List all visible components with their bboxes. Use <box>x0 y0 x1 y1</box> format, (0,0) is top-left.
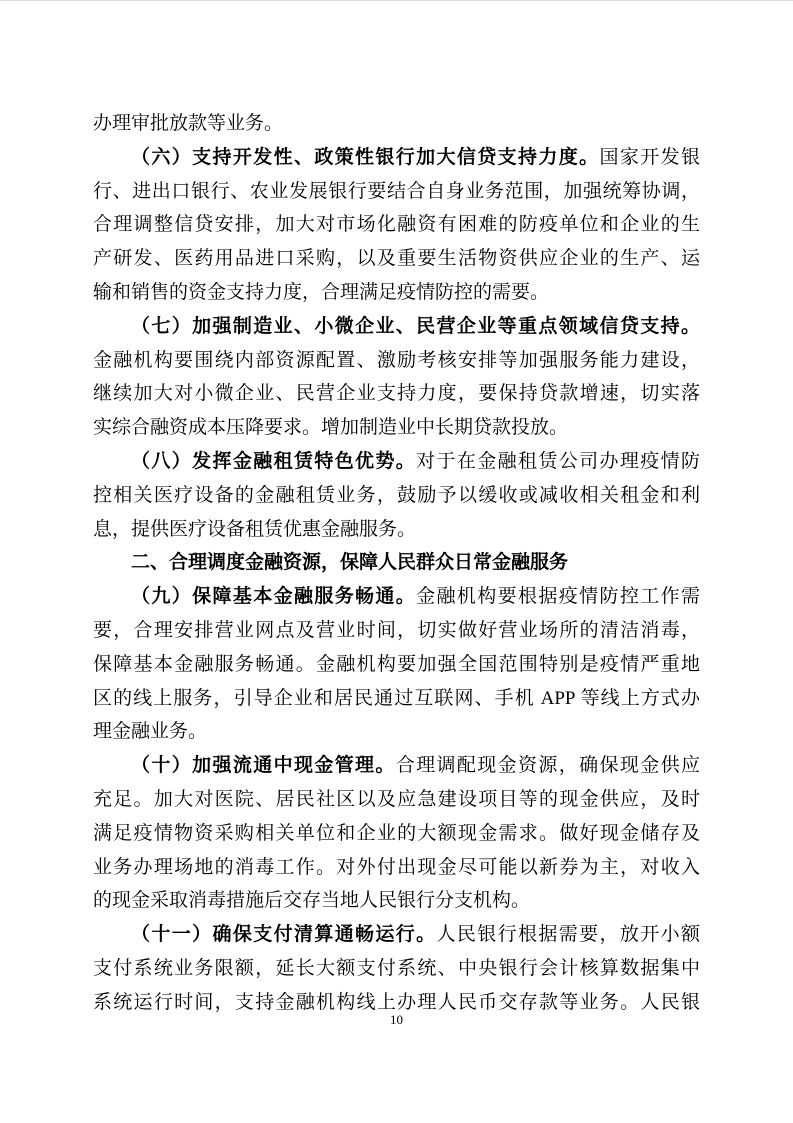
text-segment: 要，合理安排营业网点及营业时间，切实做好营业场所的清洁消毒， <box>93 620 700 641</box>
text-line: （十一）确保支付清算通畅运行。人民银行根据需要，放开小额 <box>93 918 700 952</box>
text-segment: 输和销售的资金支持力度，合理满足疫情防控的需要。 <box>93 282 549 303</box>
page-number: 10 <box>0 1009 793 1031</box>
document-page: 办理审批放款等业务。（六）支持开发性、政策性银行加大信贷支持力度。国家开发银行、… <box>0 0 793 1123</box>
text-segment: 充足。加大对医院、居民社区以及应急建设项目等的现金供应，及时 <box>93 789 700 810</box>
text-line: 行、进出口银行、农业发展银行要结合自身业务范围，加强统筹协调， <box>93 175 700 209</box>
text-line: 二、合理调度金融资源，保障人民群众日常金融服务 <box>93 546 700 580</box>
text-segment: 理金融业务。 <box>93 721 207 742</box>
text-line: 满足疫情物资采购相关单位和企业的大额现金需求。做好现金储存及 <box>93 817 700 851</box>
text-segment: 行、进出口银行、农业发展银行要结合自身业务范围，加强统筹协调， <box>93 181 700 202</box>
text-line: 的现金采取消毒措施后交存当地人民银行分支机构。 <box>93 884 700 918</box>
text-line: （十）加强流通中现金管理。合理调配现金资源，确保现金供应 <box>93 749 700 783</box>
text-line: 合理调整信贷安排，加大对市场化融资有困难的防疫单位和企业的生 <box>93 208 700 242</box>
text-line: 金融机构要围绕内部资源配置、激励考核安排等加强服务能力建设， <box>93 344 700 378</box>
text-segment: （八）发挥金融租赁特色优势。 <box>131 451 416 472</box>
text-line: （九）保障基本金融服务畅通。金融机构要根据疫情防控工作需 <box>93 580 700 614</box>
text-line: 要，合理安排营业网点及营业时间，切实做好营业场所的清洁消毒， <box>93 614 700 648</box>
text-segment: 区的线上服务，引导企业和居民通过互联网、手机 APP 等线上方式办 <box>93 688 700 709</box>
text-line: （八）发挥金融租赁特色优势。对于在金融租赁公司办理疫情防 <box>93 445 700 479</box>
text-segment: 对于在金融租赁公司办理疫情防 <box>416 451 700 472</box>
text-segment: 合理调配现金资源，确保现金供应 <box>396 755 700 776</box>
text-segment: 金融机构要根据疫情防控工作需 <box>416 586 700 607</box>
text-line: 息，提供医疗设备租赁优惠金融服务。 <box>93 513 700 547</box>
text-segment: （六）支持开发性、政策性银行加大信贷支持力度。 <box>131 147 600 168</box>
text-segment: 人民银行根据需要，放开小额 <box>437 924 700 945</box>
text-segment: 保障基本金融服务畅通。金融机构要加强全国范围特别是疫情严重地 <box>93 654 700 675</box>
text-line: 保障基本金融服务畅通。金融机构要加强全国范围特别是疫情严重地 <box>93 648 700 682</box>
text-segment: 办理审批放款等业务。 <box>93 113 283 134</box>
text-segment: 金融机构要围绕内部资源配置、激励考核安排等加强服务能力建设， <box>93 350 700 371</box>
text-segment: 业务办理场地的消毒工作。对外付出现金尽可能以新券为主，对收入 <box>93 857 700 878</box>
text-line: 支付系统业务限额，延长大额支付系统、中央银行会计核算数据集中 <box>93 952 700 986</box>
text-segment: 继续加大对小微企业、民营企业支持力度，要保持贷款增速，切实落 <box>93 383 700 404</box>
text-line: 继续加大对小微企业、民营企业支持力度，要保持贷款增速，切实落 <box>93 377 700 411</box>
text-segment: （九）保障基本金融服务畅通。 <box>131 586 416 607</box>
text-segment: （十）加强流通中现金管理。 <box>131 755 396 776</box>
text-segment: （七）加强制造业、小微企业、民营企业等重点领域信贷支持。 <box>131 316 700 337</box>
text-segment: 产研发、医药用品进口采购，以及重要生活物资供应企业的生产、运 <box>93 248 700 269</box>
text-segment: 二、合理调度金融资源，保障人民群众日常金融服务 <box>131 552 568 573</box>
text-line: 控相关医疗设备的金融租赁业务，鼓励予以缓收或减收相关租金和利 <box>93 479 700 513</box>
text-line: 实综合融资成本压降要求。增加制造业中长期贷款投放。 <box>93 411 700 445</box>
text-line: 输和销售的资金支持力度，合理满足疫情防控的需要。 <box>93 276 700 310</box>
text-segment: 支付系统业务限额，延长大额支付系统、中央银行会计核算数据集中 <box>93 958 700 979</box>
text-line: 办理审批放款等业务。 <box>93 107 700 141</box>
text-segment: 国家开发银 <box>600 147 700 168</box>
text-line: 区的线上服务，引导企业和居民通过互联网、手机 APP 等线上方式办 <box>93 682 700 716</box>
text-segment: 控相关医疗设备的金融租赁业务，鼓励予以缓收或减收相关租金和利 <box>93 485 700 506</box>
text-segment: 满足疫情物资采购相关单位和企业的大额现金需求。做好现金储存及 <box>93 823 700 844</box>
text-line: （六）支持开发性、政策性银行加大信贷支持力度。国家开发银 <box>93 141 700 175</box>
text-line: 产研发、医药用品进口采购，以及重要生活物资供应企业的生产、运 <box>93 242 700 276</box>
text-line: 充足。加大对医院、居民社区以及应急建设项目等的现金供应，及时 <box>93 783 700 817</box>
text-segment: （十一）确保支付清算通畅运行。 <box>131 924 437 945</box>
text-segment: 的现金采取消毒措施后交存当地人民银行分支机构。 <box>93 890 530 911</box>
text-line: 理金融业务。 <box>93 715 700 749</box>
text-line: 业务办理场地的消毒工作。对外付出现金尽可能以新券为主，对收入 <box>93 851 700 885</box>
text-line: （七）加强制造业、小微企业、民营企业等重点领域信贷支持。 <box>93 310 700 344</box>
text-segment: 合理调整信贷安排，加大对市场化融资有困难的防疫单位和企业的生 <box>93 214 700 235</box>
document-body: 办理审批放款等业务。（六）支持开发性、政策性银行加大信贷支持力度。国家开发银行、… <box>93 107 700 1020</box>
text-segment: 实综合融资成本压降要求。增加制造业中长期贷款投放。 <box>93 417 568 438</box>
text-segment: 息，提供医疗设备租赁优惠金融服务。 <box>93 519 416 540</box>
